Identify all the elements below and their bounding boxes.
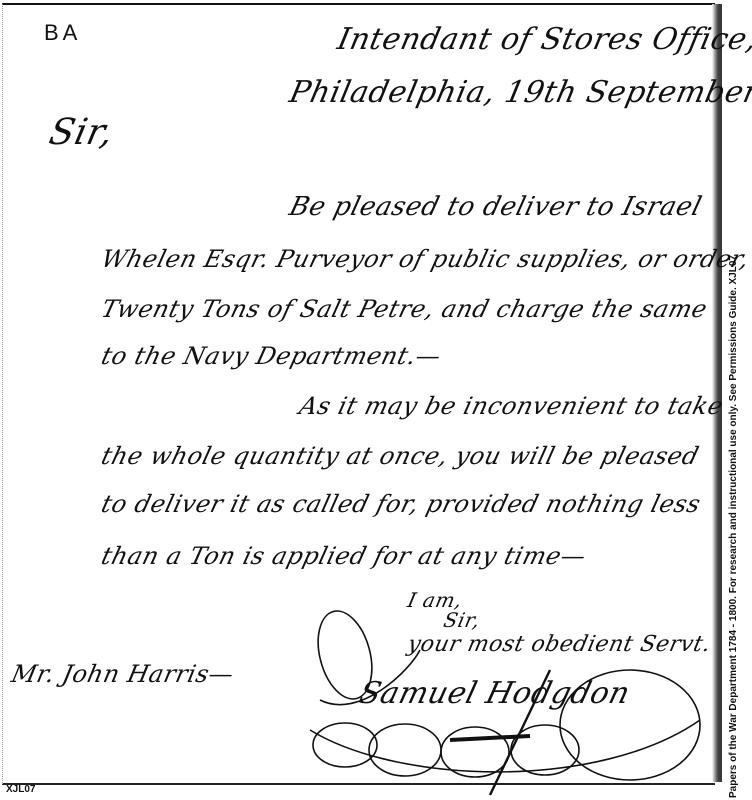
corner-mark: BA: [44, 20, 81, 46]
signature: Samuel Hodgdon: [356, 676, 634, 711]
heading-office: Intendant of Stores Office,: [334, 22, 752, 57]
body-line: to the Navy Department.—: [99, 342, 445, 370]
document-id-label: XJL07: [6, 784, 35, 795]
salutation: Sir,: [46, 112, 118, 153]
body-line: to deliver it as called for, provided no…: [99, 490, 704, 518]
addressee: Mr. John Harris—: [9, 660, 236, 688]
body-line: As it may be inconvenient to take: [297, 392, 727, 420]
heading-place-date: Philadelphia, 19th September 1800—: [286, 75, 752, 110]
archive-notice: Papers of the War Department 1784 - 1800…: [728, 255, 739, 798]
body-line: than a Ton is applied for at any time—: [99, 542, 590, 570]
body-line: Whelen Esqr. Purveyor of public supplies…: [99, 245, 752, 273]
body-line: Be pleased to deliver to Israel: [286, 192, 705, 222]
body-line: the whole quantity at once, you will be …: [99, 442, 702, 470]
body-line: Twenty Tons of Salt Petre, and charge th…: [99, 295, 711, 323]
